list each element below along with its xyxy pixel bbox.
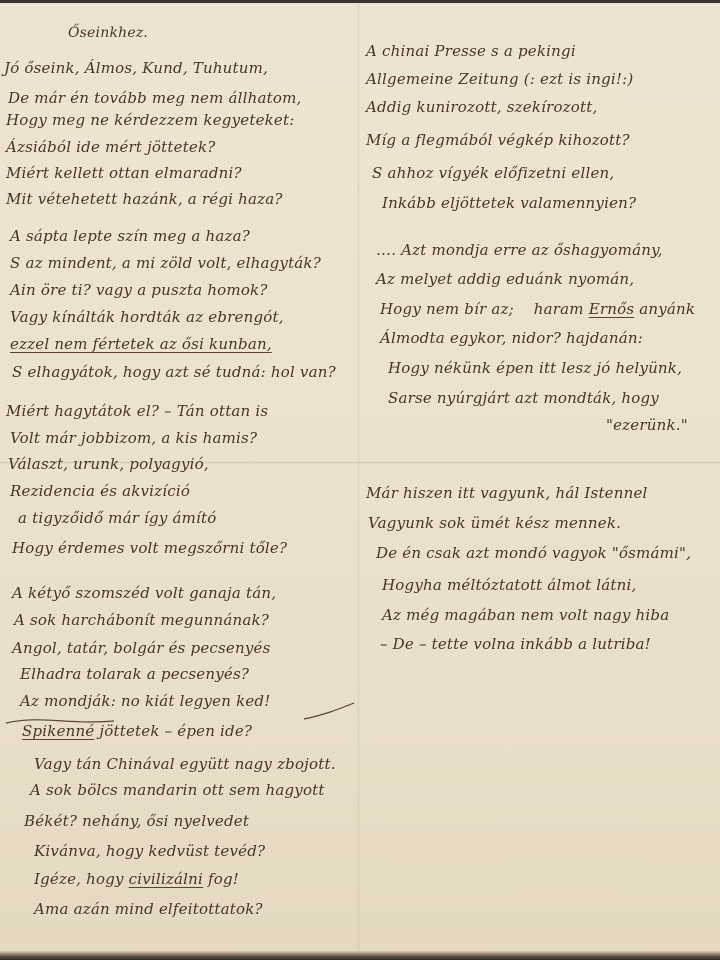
left-line-18: Hogy érdemes volt megszőrni tőle? (12, 538, 287, 558)
right-line-10: Álmodta egykor, nidor? hajdanán: (380, 328, 643, 348)
left-line-16: Rezidencia és akvizíció (10, 481, 190, 501)
left-line-14: Volt már jobbizom, a kis hamis? (10, 428, 257, 448)
left-line-24: Spikenné jöttetek – épen ide? (22, 721, 252, 741)
right-line-17: Hogyha méltóztatott álmot látni, (382, 575, 636, 595)
left-line-5: Miért kellett ottan elmaradni? (6, 163, 242, 183)
left-line-19: A kétyő szomszéd volt ganaja tán, (12, 583, 276, 603)
right-line-11: Hogy nékünk épen itt lesz jó helyünk, (388, 358, 682, 378)
underlined-word-spikenne: Spikenné (22, 722, 94, 740)
right-line-9-start: Hogy nem bír az; haram (380, 300, 589, 318)
right-line-12: Sarse nyúrgjárt azt mondták, hogy (388, 388, 659, 408)
left-line-29: Igéze, hogy civilizálni fog! (34, 869, 239, 889)
underlined-word-ernos: Ernős (589, 300, 635, 318)
left-line-9: Ain öre ti? vagy a puszta homok? (10, 280, 268, 300)
right-line-14: Már hiszen itt vagyunk, hál Istennel (366, 483, 648, 503)
right-line-19: – De – tette volna inkább a lutriba! (380, 634, 651, 654)
left-line-22: Elhadra tolarak a pecsenyés? (20, 664, 249, 684)
left-line-7: A sápta lepte szín meg a haza? (10, 226, 250, 246)
right-line-15: Vagyunk sok ümét kész mennek. (368, 513, 621, 533)
left-line-12: S elhagyátok, hogy azt sé tudná: hol van… (12, 362, 336, 382)
right-line-6: Inkább eljöttetek valamennyien? (382, 193, 636, 213)
left-line-29-start: Igéze, hogy (34, 870, 129, 888)
right-line-9-end: anyánk (634, 300, 695, 318)
left-line-8: S az mindent, a mi zöld volt, elhagyták? (10, 253, 321, 273)
left-line-11: ezzel nem fértetek az ősi kunban, (10, 334, 272, 354)
left-line-26: A sok bölcs mandarin ott sem hagyott (30, 780, 325, 800)
left-line-2: De már én tovább meg nem állhatom, (8, 88, 302, 108)
right-line-8: Az melyet addig eduánk nyomán, (376, 269, 634, 289)
left-line-3: Hogy meg ne kérdezzem kegyeteket: (6, 110, 295, 130)
scan-bottom-edge (0, 951, 720, 960)
right-line-4: Míg a flegmából végkép kihozott? (366, 130, 630, 150)
left-line-1: Jó őseink, Álmos, Kund, Tuhutum, (4, 58, 268, 78)
right-line-5: S ahhoz vígyék előfizetni ellen, (372, 163, 614, 183)
left-line-28: Kivánva, hogy kedvüst tevéd? (34, 841, 265, 861)
left-line-13: Miért hagytátok el? – Tán ottan is (6, 401, 268, 421)
left-line-6: Mit vétehetett hazánk, a régi haza? (6, 189, 283, 209)
left-line-21: Angol, tatár, bolgár és pecsenyés (12, 638, 270, 658)
left-line-15: Választ, urunk, polyagyió, (8, 454, 209, 474)
left-line-20: A sok harchábonít megunnának? (14, 610, 269, 630)
left-line-24-rest: jöttetek – épen ide? (99, 722, 252, 740)
right-line-2: Allgemeine Zeitung (: ezt is ingi!:) (366, 69, 633, 89)
poem-title: Őseinkhez. (68, 25, 148, 41)
left-line-10: Vagy kínálták hordták az ebrengót, (10, 307, 284, 327)
left-line-30: Ama azán mind elfeitottatok? (34, 899, 263, 919)
right-line-18: Az még magában nem volt nagy hiba (382, 605, 669, 625)
left-line-25: Vagy tán Chinával együtt nagy zbojott. (34, 754, 336, 774)
left-line-29-end: fog! (203, 870, 239, 888)
right-line-13: "ezerünk." (606, 415, 688, 435)
left-line-4: Ázsiából ide mért jöttetek? (6, 137, 216, 157)
left-line-17: a tigyzőidő már így ámító (18, 508, 217, 528)
vertical-fold-crease (357, 3, 360, 951)
right-line-16: De én csak azt mondó vagyok "ősmámi", (376, 543, 691, 563)
right-line-7: …. Azt mondja erre az őshagyomány, (376, 240, 663, 260)
right-line-1: A chinai Presse s a pekingi (366, 41, 576, 61)
manuscript-page: Őseinkhez. Jó őseink, Álmos, Kund, Tuhut… (0, 3, 720, 951)
right-line-9: Hogy nem bír az; haram Ernős anyánk (380, 299, 695, 319)
left-line-27: Békét? nehány, ősi nyelvedet (24, 811, 249, 831)
underlined-word-civilizalni: civilizálni (129, 870, 203, 888)
right-line-3: Addig kunirozott, szekírozott, (366, 97, 597, 117)
